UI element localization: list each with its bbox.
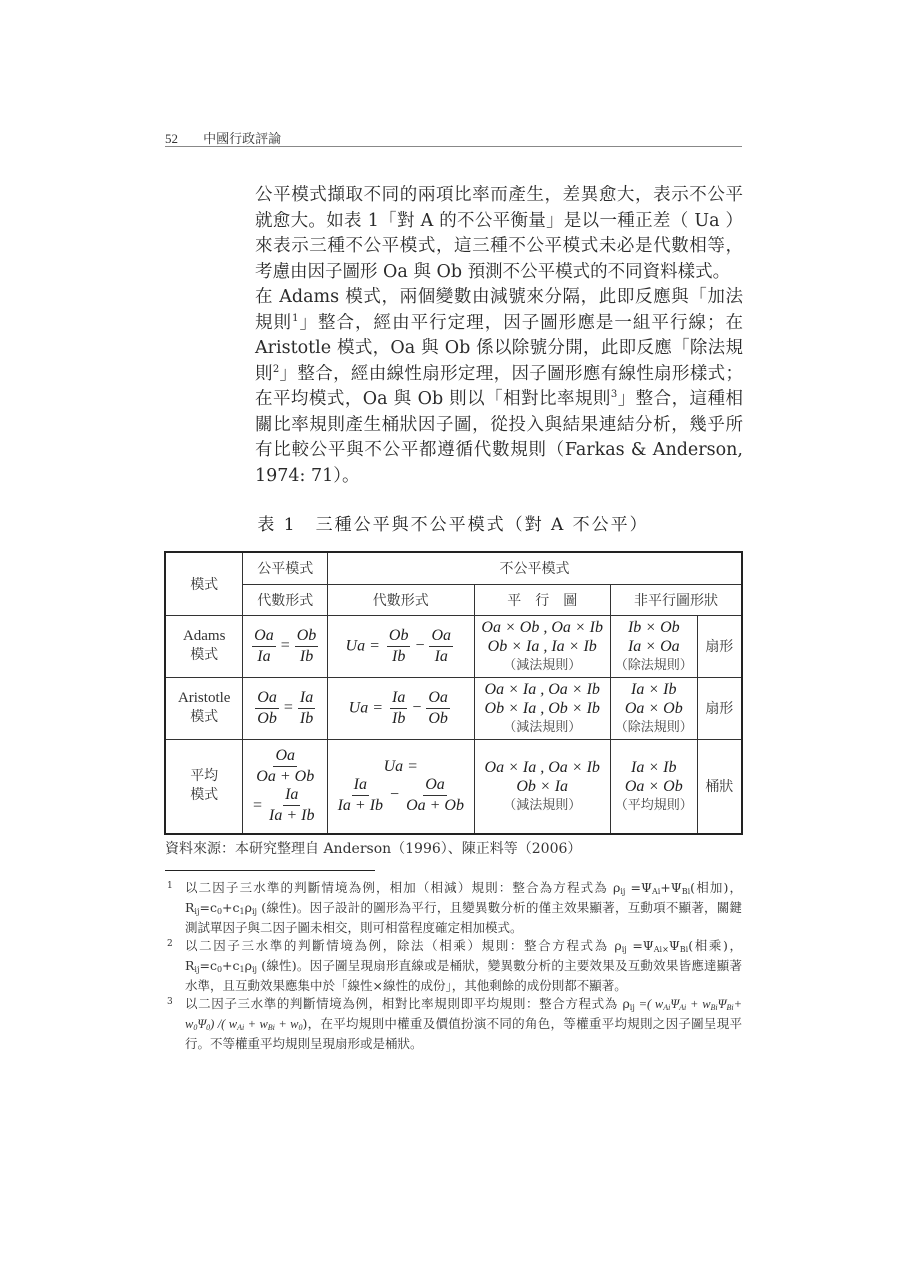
body-text: 公平模式擷取不同的兩項比率而產生，差異愈大，表示不公平就愈大。如表 1「對 A … xyxy=(255,183,743,489)
parallel-cell: Oa × Ia , Oa × Ib Ob × Ia （減法規則） xyxy=(474,739,610,834)
shape-cell: 桶狀 xyxy=(697,739,742,834)
footnote-rule xyxy=(165,870,375,871)
paragraph-2: 在 Adams 模式，兩個變數由減號來分隔，此即反應與「加法規則1」整合，經由平… xyxy=(255,285,743,489)
footnote-2: 2 以二因子三水準的判斷情境為例，除法（相乘）規則：整合方程式為 ρij =ΨA… xyxy=(165,938,742,994)
parallel-cell: Oa × Ob , Oa × Ib Ob × Ia , Ia × Ib （減法規… xyxy=(474,615,610,677)
shape-cell: 扇形 xyxy=(697,615,742,677)
table-row-aristotle: Aristotle 模式 OaOb=IaIb Ua = IaIb−OaOb Oa… xyxy=(165,677,742,739)
header-unfair-algebra: 代數形式 xyxy=(328,584,474,615)
mode-cell: Adams 模式 xyxy=(165,615,243,677)
footnotes: 1 以二因子三水準的判斷情境為例，相加（相減）規則：整合為方程式為 ρij =Ψ… xyxy=(165,880,742,1054)
table-source: 資料來源：本研究整理自 Anderson（1996）、陳正料等（2006） xyxy=(165,838,581,858)
unfair-formula: Ua = IaIb−OaOb xyxy=(328,677,474,739)
header-parallel: 平 行 圖 xyxy=(474,584,610,615)
header-nonparallel: 非平行圖形狀 xyxy=(610,584,742,615)
equity-models-table: 模式 公平模式 不公平模式 代數形式 代數形式 平 行 圖 非平行圖形狀 Ada… xyxy=(164,551,743,835)
nonparallel-cell: Ib × Ob Ia × Oa （除法規則） xyxy=(610,615,697,677)
header-fair-algebra: 代數形式 xyxy=(243,584,328,615)
footnote-1: 1 以二因子三水準的判斷情境為例，相加（相減）規則：整合為方程式為 ρij =Ψ… xyxy=(165,880,742,936)
fair-formula: OaOb=IaIb xyxy=(243,677,328,739)
fair-formula: OaOa + Ob =IaIa + Ib xyxy=(243,739,328,834)
nonparallel-cell: Ia × Ib Oa × Ob （平均規則） xyxy=(610,739,697,834)
running-header: 52 中國行政評論 xyxy=(165,128,742,148)
mode-cell: Aristotle 模式 xyxy=(165,677,243,739)
nonparallel-cell: Ia × Ib Oa × Ob （除法規則） xyxy=(610,677,697,739)
journal-title: 中國行政評論 xyxy=(203,132,281,147)
table-header-row-2: 代數形式 代數形式 平 行 圖 非平行圖形狀 xyxy=(165,584,742,615)
mode-cell: 平均 模式 xyxy=(165,739,243,834)
header-rule xyxy=(165,146,742,147)
paragraph-1: 公平模式擷取不同的兩項比率而產生，差異愈大，表示不公平就愈大。如表 1「對 A … xyxy=(255,183,743,285)
page-number: 52 xyxy=(165,131,199,147)
fair-formula: OaIa=ObIb xyxy=(243,615,328,677)
table-header-row-1: 模式 公平模式 不公平模式 xyxy=(165,552,742,584)
shape-cell: 扇形 xyxy=(697,677,742,739)
table-row-average: 平均 模式 OaOa + Ob =IaIa + Ib Ua = IaIa + I… xyxy=(165,739,742,834)
footnote-3: 3 以二因子三水準的判斷情境為例，相對比率規則即平均規則：整合方程式為 ρij … xyxy=(165,996,742,1052)
unfair-formula: Ua = ObIb−OaIa xyxy=(328,615,474,677)
table-caption: 表 1 三種公平與不公平模式（對 A 不公平） xyxy=(200,510,706,535)
parallel-cell: Oa × Ia , Oa × Ib Ob × Ia , Ob × Ib （減法規… xyxy=(474,677,610,739)
table-row-adams: Adams 模式 OaIa=ObIb Ua = ObIb−OaIa Oa × O… xyxy=(165,615,742,677)
unfair-formula: Ua = IaIa + Ib−OaOa + Ob xyxy=(328,739,474,834)
header-mode: 模式 xyxy=(165,552,243,615)
header-unfair: 不公平模式 xyxy=(328,552,742,584)
header-fair: 公平模式 xyxy=(243,552,328,584)
